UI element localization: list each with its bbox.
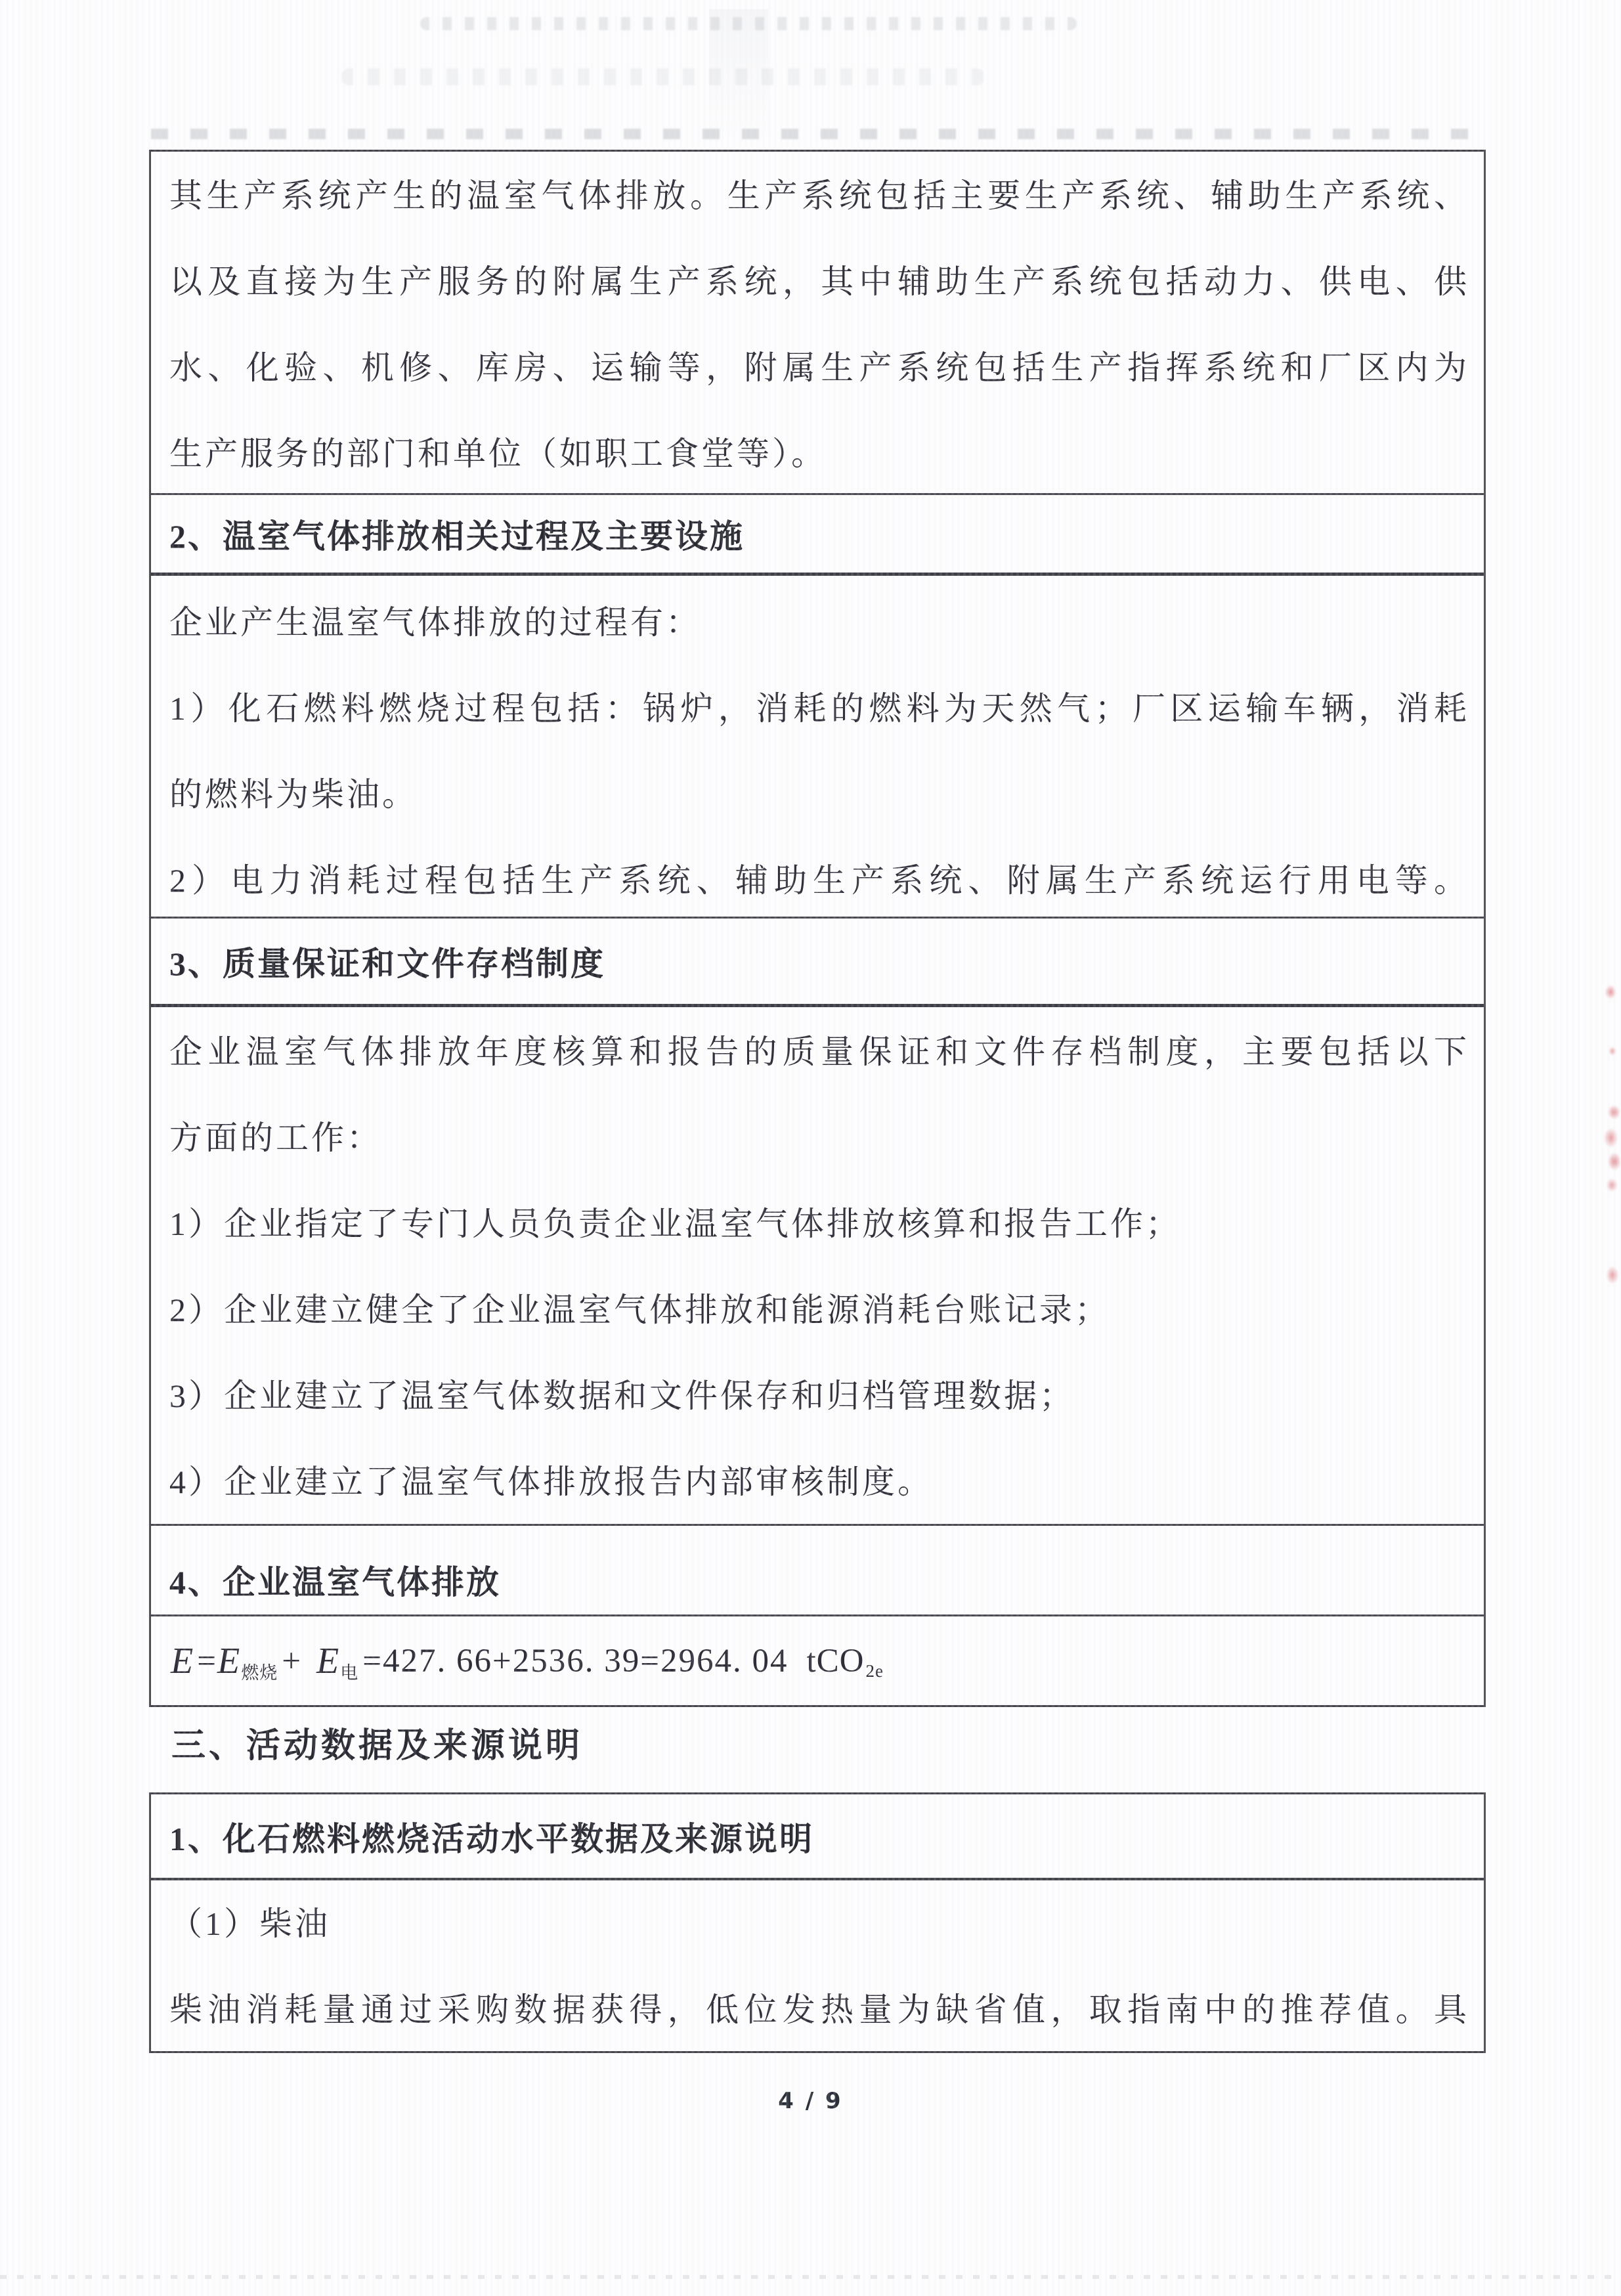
section-header-label: 3、质量保证和文件存档制度 <box>169 938 605 985</box>
document-page: 其生产系统产生的温室气体排放。生产系统包括主要生产系统、辅助生产系统、 以及直接… <box>0 0 1621 2296</box>
formula-symbol-E: E <box>217 1640 240 1682</box>
scan-noise-band <box>420 17 1077 30</box>
text-line: 以及直接为生产服务的附属生产系统，其中辅助生产系统包括动力、供电、供 <box>169 239 1469 325</box>
text-line: 水、化验、机修、库房、运输等，附属生产系统包括生产指挥系统和厂区内为 <box>169 325 1469 411</box>
text-line: 企业温室气体排放年度核算和报告的质量保证和文件存档制度，主要包括以下 <box>169 1009 1469 1095</box>
ghg-report-table: 其生产系统产生的温室气体排放。生产系统包括主要生产系统、辅助生产系统、 以及直接… <box>149 150 1486 1707</box>
table-row-paragraph: （1）柴油 柴油消耗量通过采购数据获得，低位发热量为缺省值，取指南中的推荐值。具 <box>151 1880 1484 2051</box>
chapter-heading: 三、活动数据及来源说明 <box>171 1727 583 1766</box>
scan-noise-band <box>0 2275 1621 2279</box>
table-row-paragraph: 企业产生温室气体排放的过程有： 1）化石燃料燃烧过程包括：锅炉，消耗的燃料为天然… <box>151 576 1484 919</box>
text-line: 2）企业建立健全了企业温室气体排放和能源消耗台账记录； <box>169 1267 1469 1353</box>
scan-noise-smudge <box>709 9 768 141</box>
table-row-paragraph: 其生产系统产生的温室气体排放。生产系统包括主要生产系统、辅助生产系统、 以及直接… <box>151 152 1484 495</box>
text-line: 1）化石燃料燃烧过程包括：锅炉，消耗的燃料为天然气；厂区运输车辆，消耗 <box>169 666 1469 752</box>
seal-fragment <box>1606 1266 1619 1284</box>
formula-unit: tCO <box>806 1642 864 1680</box>
table-row-header: 4、企业温室气体排放 <box>151 1526 1484 1616</box>
formula-plus: + <box>282 1642 302 1680</box>
table-row-header: 3、质量保证和文件存档制度 <box>151 919 1484 1007</box>
scan-noise-band <box>151 129 1484 139</box>
section-header-label: 2、温室气体排放相关过程及主要设施 <box>169 510 745 557</box>
scan-noise-band <box>341 68 985 85</box>
formula-symbol-E: E <box>171 1640 193 1682</box>
formula-subscript-burn: 燃烧 <box>241 1658 278 1684</box>
table-row-header: 2、温室气体排放相关过程及主要设施 <box>151 495 1484 576</box>
text-line: 柴油消耗量通过采购数据获得，低位发热量为缺省值，取指南中的推荐值。具 <box>169 1967 1469 2053</box>
text-line: 其生产系统产生的温室气体排放。生产系统包括主要生产系统、辅助生产系统、 <box>169 153 1469 239</box>
table-row-header: 1、化石燃料燃烧活动水平数据及来源说明 <box>151 1794 1484 1880</box>
formula-subscript-electricity: 电 <box>340 1658 358 1684</box>
seal-fragment <box>1599 1100 1620 1199</box>
activity-data-table: 1、化石燃料燃烧活动水平数据及来源说明 （1）柴油 柴油消耗量通过采购数据获得，… <box>149 1792 1486 2053</box>
text-line: 3）企业建立了温室气体数据和文件保存和归档管理数据； <box>169 1353 1469 1439</box>
formula-equals: = <box>197 1642 217 1680</box>
text-line: 企业产生温室气体排放的过程有： <box>169 580 1469 666</box>
section-header-label: 1、化石燃料燃烧活动水平数据及来源说明 <box>169 1813 814 1860</box>
text-line: 2）电力消耗过程包括生产系统、辅助生产系统、附属生产系统运行用电等。 <box>169 838 1469 924</box>
text-line: 生产服务的部门和单位（如职工食堂等）。 <box>169 411 1469 497</box>
formula-value: =427. 66+2536. 39=2964. 04 <box>362 1642 788 1680</box>
formula-symbol-E: E <box>316 1640 339 1682</box>
formula-unit-subscript: 2e <box>866 1661 884 1681</box>
text-line: 方面的工作： <box>169 1095 1469 1181</box>
table-row-formula: E = E 燃烧 + E 电 =427. 66+2536. 39=2964. 0… <box>151 1616 1484 1705</box>
seal-fragment <box>1609 1047 1616 1056</box>
table-row-paragraph: 企业温室气体排放年度核算和报告的质量保证和文件存档制度，主要包括以下 方面的工作… <box>151 1007 1484 1526</box>
section-header-label: 4、企业温室气体排放 <box>169 1556 501 1603</box>
seal-fragment <box>1605 985 1616 999</box>
page-number: 4 / 9 <box>0 2088 1621 2114</box>
text-line: （1）柴油 <box>169 1881 1469 1967</box>
text-line: 的燃料为柴油。 <box>169 752 1469 838</box>
text-line: 1）企业指定了专门人员负责企业温室气体排放核算和报告工作； <box>169 1181 1469 1267</box>
text-line: 4）企业建立了温室气体排放报告内部审核制度。 <box>169 1439 1469 1525</box>
